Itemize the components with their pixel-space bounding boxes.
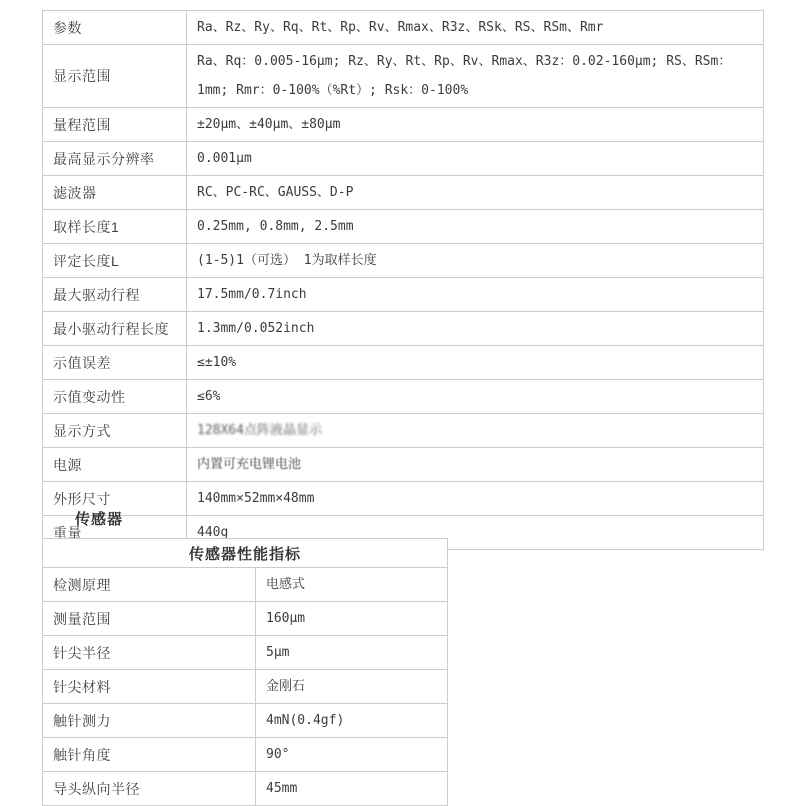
table-row: 触针测力4mN(0.4gf) <box>43 703 447 737</box>
row-value: (1-5)1（可选） 1为取样长度 <box>187 244 763 277</box>
row-label: 最小驱动行程长度 <box>43 312 187 345</box>
row-label: 最高显示分辨率 <box>43 142 187 175</box>
row-value-text: 内置可充电锂电池 <box>197 450 301 479</box>
row-label: 测量范围 <box>43 602 256 635</box>
table-row: 最小驱动行程长度1.3mm/0.052inch <box>43 311 763 345</box>
row-value-text: ±20μm、±40μm、±80μm <box>197 110 340 139</box>
row-value-text: 1.3mm/0.052inch <box>197 314 314 343</box>
row-value: 4mN(0.4gf) <box>256 704 447 737</box>
row-label: 量程范围 <box>43 108 187 141</box>
table-row: 测量范围160μm <box>43 601 447 635</box>
row-value-text: 5μm <box>266 638 289 667</box>
row-label: 针尖半径 <box>43 636 256 669</box>
row-value: RC、PC-RC、GAUSS、D-P <box>187 176 763 209</box>
row-label: 最大驱动行程 <box>43 278 187 311</box>
spec-table: 参数Ra、Rz、Ry、Rq、Rt、Rp、Rv、Rmax、R3z、RSk、RS、R… <box>42 10 764 550</box>
row-label: 参数 <box>43 11 187 44</box>
row-value: ≤6% <box>187 380 763 413</box>
row-label: 导头纵向半径 <box>43 772 256 805</box>
row-value-text: ≤±10% <box>197 348 236 377</box>
row-value-text: 90° <box>266 740 289 769</box>
row-value-text: 140mm×52mm×48mm <box>197 484 314 513</box>
row-label: 触针角度 <box>43 738 256 771</box>
row-label: 触针测力 <box>43 704 256 737</box>
row-value: 内置可充电锂电池 <box>187 448 763 481</box>
table-row: 滤波器RC、PC-RC、GAUSS、D-P <box>43 175 763 209</box>
table-row: 示值误差≤±10% <box>43 345 763 379</box>
row-label: 滤波器 <box>43 176 187 209</box>
table-row: 针尖半径5μm <box>43 635 447 669</box>
row-value: 1.3mm/0.052inch <box>187 312 763 345</box>
sensor-table: 传感器性能指标 检测原理电感式测量范围160μm针尖半径5μm针尖材料金刚石触针… <box>42 538 448 806</box>
table-row: 评定长度L(1-5)1（可选） 1为取样长度 <box>43 243 763 277</box>
table-row: 触针角度90° <box>43 737 447 771</box>
row-value: 电感式 <box>256 568 447 601</box>
row-value-text: 电感式 <box>266 570 305 599</box>
row-value: 0.001μm <box>187 142 763 175</box>
row-value: 0.25mm, 0.8mm, 2.5mm <box>187 210 763 243</box>
table-row: 电源内置可充电锂电池 <box>43 447 763 481</box>
row-label: 针尖材料 <box>43 670 256 703</box>
row-value-text: Ra、Rz、Ry、Rq、Rt、Rp、Rv、Rmax、R3z、RSk、RS、RSm… <box>197 13 603 42</box>
row-value-text: RC、PC-RC、GAUSS、D-P <box>197 178 353 207</box>
table-row: 最高显示分辨率0.001μm <box>43 141 763 175</box>
row-label: 示值变动性 <box>43 380 187 413</box>
row-label: 显示方式 <box>43 414 187 447</box>
row-value: Ra、Rq：0.005-16μm; Rz、Ry、Rt、Rp、Rv、Rmax、R3… <box>187 45 763 107</box>
row-value-text: ≤6% <box>197 382 220 411</box>
row-value: 17.5mm/0.7inch <box>187 278 763 311</box>
row-value: 128X64点阵液晶显示 <box>187 414 763 447</box>
row-value-text: 45mm <box>266 774 297 803</box>
row-label: 评定长度L <box>43 244 187 277</box>
row-value: 160μm <box>256 602 447 635</box>
table-row: 显示方式128X64点阵液晶显示 <box>43 413 763 447</box>
row-label: 电源 <box>43 448 187 481</box>
row-value-text: 160μm <box>266 604 305 633</box>
table-row: 示值变动性≤6% <box>43 379 763 413</box>
table-row: 最大驱动行程17.5mm/0.7inch <box>43 277 763 311</box>
table-row: 取样长度10.25mm, 0.8mm, 2.5mm <box>43 209 763 243</box>
row-value-text: (1-5)1（可选） 1为取样长度 <box>197 246 377 275</box>
row-value: 45mm <box>256 772 447 805</box>
row-value-text: 4mN(0.4gf) <box>266 706 344 735</box>
table-row: 显示范围Ra、Rq：0.005-16μm; Rz、Ry、Rt、Rp、Rv、Rma… <box>43 44 763 107</box>
table-row: 外形尺寸140mm×52mm×48mm <box>43 481 763 515</box>
row-value-text: Ra、Rq：0.005-16μm; Rz、Ry、Rt、Rp、Rv、Rmax、R3… <box>197 47 753 105</box>
row-value: 90° <box>256 738 447 771</box>
row-value-text: 128X64点阵液晶显示 <box>197 416 322 445</box>
row-value: 140mm×52mm×48mm <box>187 482 763 515</box>
row-value-text: 金刚石 <box>266 672 305 701</box>
row-value: ±20μm、±40μm、±80μm <box>187 108 763 141</box>
row-label: 检测原理 <box>43 568 256 601</box>
row-value: ≤±10% <box>187 346 763 379</box>
row-value: 5μm <box>256 636 447 669</box>
row-value-text: 0.001μm <box>197 144 252 173</box>
row-value: Ra、Rz、Ry、Rq、Rt、Rp、Rv、Rmax、R3z、RSk、RS、RSm… <box>187 11 763 44</box>
table-row: 量程范围±20μm、±40μm、±80μm <box>43 107 763 141</box>
row-label: 取样长度1 <box>43 210 187 243</box>
row-label: 显示范围 <box>43 45 187 107</box>
sensor-table-title: 传感器性能指标 <box>43 539 447 568</box>
table-row: 导头纵向半径45mm <box>43 771 447 805</box>
row-value-text: 17.5mm/0.7inch <box>197 280 307 309</box>
spec-sheet-page: 参数Ra、Rz、Ry、Rq、Rt、Rp、Rv、Rmax、R3z、RSk、RS、R… <box>0 0 800 792</box>
row-value: 金刚石 <box>256 670 447 703</box>
table-row: 检测原理电感式 <box>43 568 447 601</box>
table-row: 针尖材料金刚石 <box>43 669 447 703</box>
sensor-section-heading: 传感器 <box>75 508 123 529</box>
table-row: 参数Ra、Rz、Ry、Rq、Rt、Rp、Rv、Rmax、R3z、RSk、RS、R… <box>43 11 763 44</box>
row-value-text: 0.25mm, 0.8mm, 2.5mm <box>197 212 354 241</box>
row-label: 示值误差 <box>43 346 187 379</box>
